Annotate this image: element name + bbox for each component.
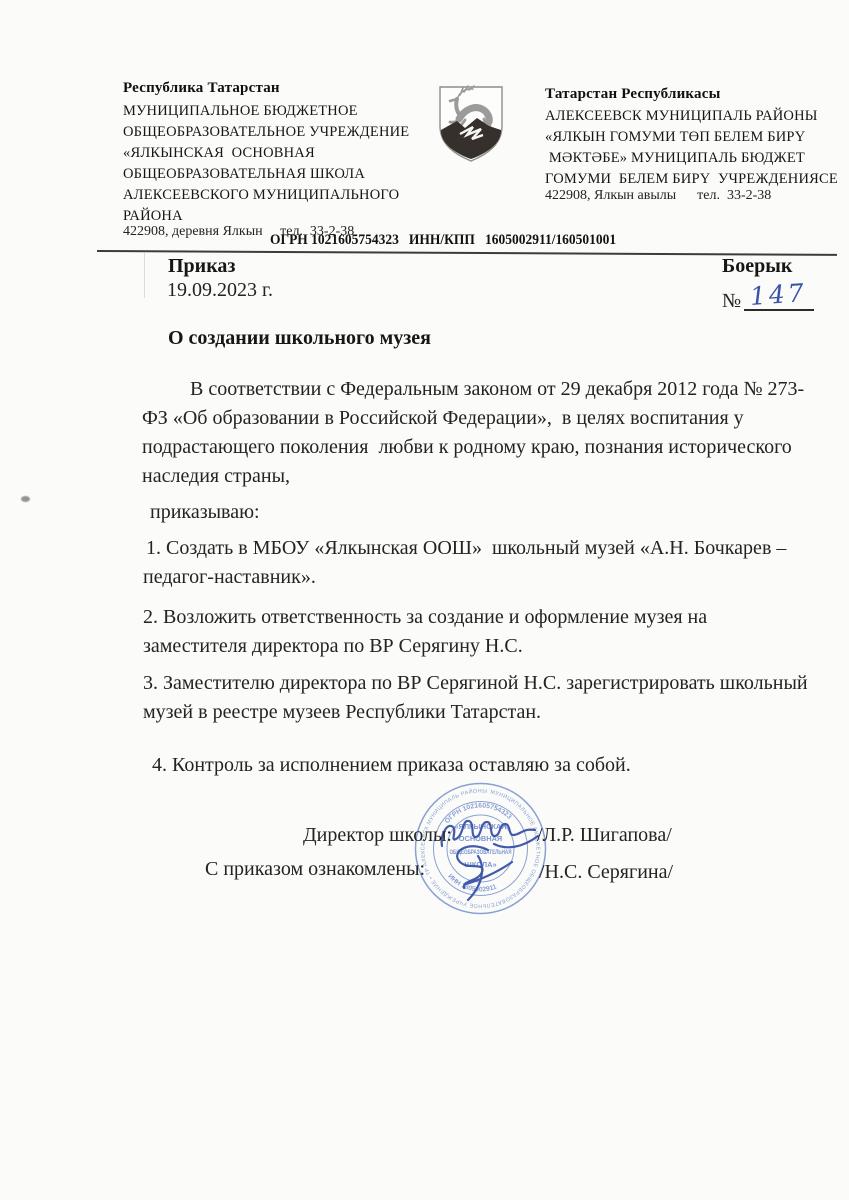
order-item-3-line: 3. Заместителю директора по ВР Серягиной… bbox=[143, 672, 808, 695]
letterhead-left-line: ОБЩЕОБРАЗОВАТЕЛЬНОЕ УЧРЕЖДЕНИЕ bbox=[123, 122, 409, 143]
order-number-handwritten: 147 bbox=[749, 278, 808, 311]
letterhead-left-line: ОБЩЕОБРАЗОВАТЕЛЬНАЯ ШКОЛА bbox=[123, 164, 365, 185]
deputy-signature bbox=[440, 842, 516, 904]
decree-word: приказываю: bbox=[150, 501, 260, 524]
acknowledged-signature-label: С приказом ознакомлены: bbox=[205, 858, 425, 881]
letterhead-right-region: Татарстан Республикасы bbox=[545, 84, 721, 105]
order-item-3-line: музей в реестре музеев Республики Татарс… bbox=[143, 701, 541, 724]
letterhead-left-line: МУНИЦИПАЛЬНОЕ БЮДЖЕТНОЕ bbox=[123, 101, 358, 122]
coat-of-arms-icon bbox=[436, 84, 506, 164]
intro-line: наследия страны, bbox=[142, 465, 290, 488]
letterhead-right-line: АЛЕКСЕЕВСК МУНИЦИПАЛЬ РАЙОНЫ bbox=[545, 106, 818, 127]
order-item-4-line: 4. Контроль за исполнением приказа остав… bbox=[152, 754, 631, 777]
order-item-2-line: заместителя директора по ВР Серягину Н.С… bbox=[143, 635, 523, 658]
letterhead-right-address: 422908, Ялкын авылы тел. 33-2-38 bbox=[545, 188, 771, 204]
intro-line: ФЗ «Об образовании в Российской Федераци… bbox=[142, 407, 744, 430]
intro-line: В соответствии с Федеральным законом от … bbox=[190, 378, 804, 401]
registration-numbers-line: ОГРН 1021605754323 ИНН/КПП 1605002911/16… bbox=[270, 232, 616, 249]
director-signature-label: Директор школы: bbox=[303, 824, 452, 847]
scanned-order-document: Республика Татарстан МУНИЦИПАЛЬНОЕ БЮДЖЕ… bbox=[0, 0, 849, 1200]
director-name: /Л.Р. Шигапова/ bbox=[537, 824, 672, 847]
letterhead-right-line: ГОМУМИ БЕЛЕМ БИРҮ УЧРЕЖДЕНИЯСЕ bbox=[545, 169, 838, 190]
acknowledged-name: /Н.С. Серягина/ bbox=[539, 861, 673, 884]
order-item-1-line: 1. Создать в МБОУ «Ялкынская ООШ» школьн… bbox=[146, 537, 786, 560]
order-number-sign: № bbox=[722, 290, 741, 313]
order-type-label-tatar: Боерык bbox=[722, 255, 792, 278]
order-type-label: Приказ bbox=[168, 255, 235, 278]
document-title: О создании школьного музея bbox=[168, 327, 431, 350]
order-item-2-line: 2. Возложить ответственность за создание… bbox=[143, 606, 707, 629]
scan-crease-artifact bbox=[144, 252, 145, 298]
letterhead-right-line: «ЯЛКЫН ГОМУМИ ТӨП БЕЛЕМ БИРҮ bbox=[545, 127, 805, 148]
letterhead-left-region: Республика Татарстан bbox=[123, 78, 280, 99]
order-date: 19.09.2023 г. bbox=[167, 279, 273, 302]
letterhead-left-line: АЛЕКСЕЕВСКОГО МУНИЦИПАЛЬНОГО bbox=[123, 185, 399, 206]
letterhead-right-line: МӘКТӘБЕ» МУНИЦИПАЛЬ БЮДЖЕТ bbox=[545, 148, 805, 169]
order-item-1-line: педагог-наставник». bbox=[143, 566, 316, 589]
intro-line: подрастающего поколения любви к родному … bbox=[142, 436, 792, 459]
letterhead-left-line: «ЯЛКЫНСКАЯ ОСНОВНАЯ bbox=[123, 143, 315, 164]
scan-smudge-artifact bbox=[21, 496, 30, 502]
